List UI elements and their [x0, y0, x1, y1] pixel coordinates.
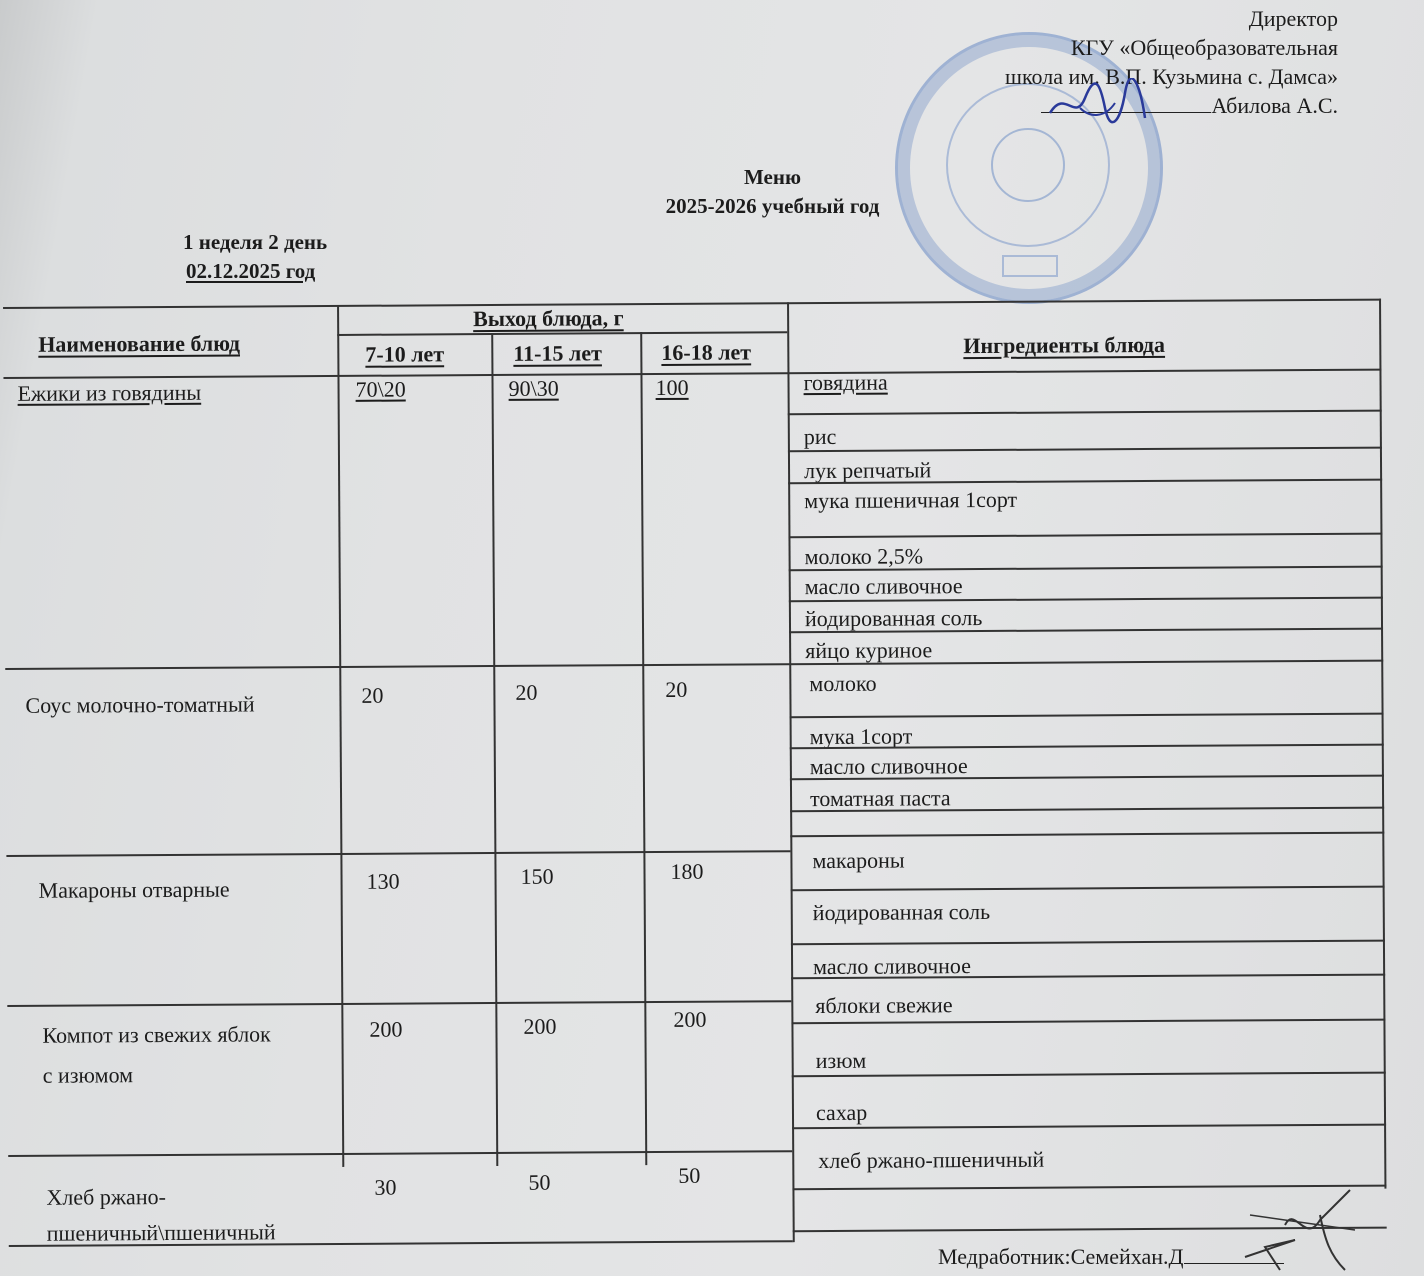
ingredient: йодированная соль	[813, 898, 991, 927]
menu-date: 02.12.2025 год	[183, 257, 327, 286]
dish-yield-7-10: 20	[361, 682, 383, 710]
col-header-yield: Выход блюда, г	[473, 304, 624, 333]
ingredient: яблоки свежие	[815, 991, 952, 1020]
col-header-age-1: 7-10 лет	[365, 340, 444, 368]
medic-signature-icon	[1225, 1185, 1365, 1275]
menu-table: Наименование блюд Выход блюда, г 7-10 ле…	[3, 292, 1387, 1250]
dish-yield-16-18: 180	[670, 858, 703, 886]
dish-yield-7-10: 30	[374, 1174, 396, 1202]
dish-yield-11-15: 200	[523, 1013, 556, 1041]
col-header-ingredients: Ингредиенты блюда	[963, 331, 1165, 360]
col-header-dish: Наименование блюд	[38, 330, 240, 359]
dish-yield-16-18: 200	[673, 1006, 706, 1034]
page-title: Меню	[0, 165, 1424, 190]
ingredient: яйцо куриное	[805, 636, 932, 665]
dish-name: Соус молочно-томатный	[25, 690, 254, 719]
approval-name: Абилова А.С.	[1211, 93, 1338, 118]
ingredient: изюм	[816, 1047, 867, 1075]
school-year: 2025-2026 учебный год	[0, 194, 1424, 219]
ingredient: сахар	[816, 1099, 867, 1127]
dish-yield-7-10: 130	[366, 868, 399, 896]
dish-yield-11-15: 20	[515, 679, 537, 707]
week-day-block: 1 неделя 2 день 02.12.2025 год	[183, 228, 327, 286]
dish-yield-11-15: 150	[520, 863, 553, 891]
ingredient: масло сливочное	[805, 572, 963, 601]
dish-name: Макароны отварные	[39, 876, 230, 905]
stamp-number-box	[1002, 255, 1058, 277]
dish-yield-11-15: 90\30	[508, 375, 558, 403]
ingredient: йодированная соль	[805, 604, 983, 633]
dish-name-line1: Хлеб ржано-	[46, 1183, 166, 1212]
dish-name-line1: Компот из свежих яблок	[42, 1020, 271, 1049]
dish-yield-16-18: 20	[665, 676, 687, 704]
dish-name: Ежики из говядины	[17, 379, 201, 408]
ingredient: молоко	[809, 670, 876, 698]
col-header-age-2: 11-15 лет	[513, 339, 602, 368]
dish-yield-7-10: 70\20	[355, 376, 405, 404]
ingredient: говядина	[803, 369, 887, 398]
ingredient: молоко 2,5%	[805, 542, 924, 571]
approval-org-line1: КГУ «Общеобразовательная	[1005, 33, 1338, 62]
col-header-age-3: 16-18 лет	[661, 338, 751, 367]
ingredient: мука пшеничная 1сорт	[804, 486, 1017, 515]
approval-role: Директор	[1005, 4, 1338, 33]
director-signature-icon	[1045, 78, 1155, 128]
dish-name-line2: с изюмом	[43, 1061, 133, 1090]
dish-yield-16-18: 100	[655, 374, 688, 402]
medic-name: Медработник:Семейхан.Д	[938, 1244, 1184, 1269]
week-day: 1 неделя 2 день	[183, 228, 327, 257]
dish-yield-7-10: 200	[369, 1016, 402, 1044]
dish-yield-16-18: 50	[678, 1162, 700, 1190]
ingredient: рис	[804, 423, 837, 451]
dish-yield-11-15: 50	[528, 1169, 550, 1197]
ingredient: макароны	[812, 847, 904, 876]
ingredient: хлеб ржано-пшеничный	[818, 1146, 1044, 1175]
